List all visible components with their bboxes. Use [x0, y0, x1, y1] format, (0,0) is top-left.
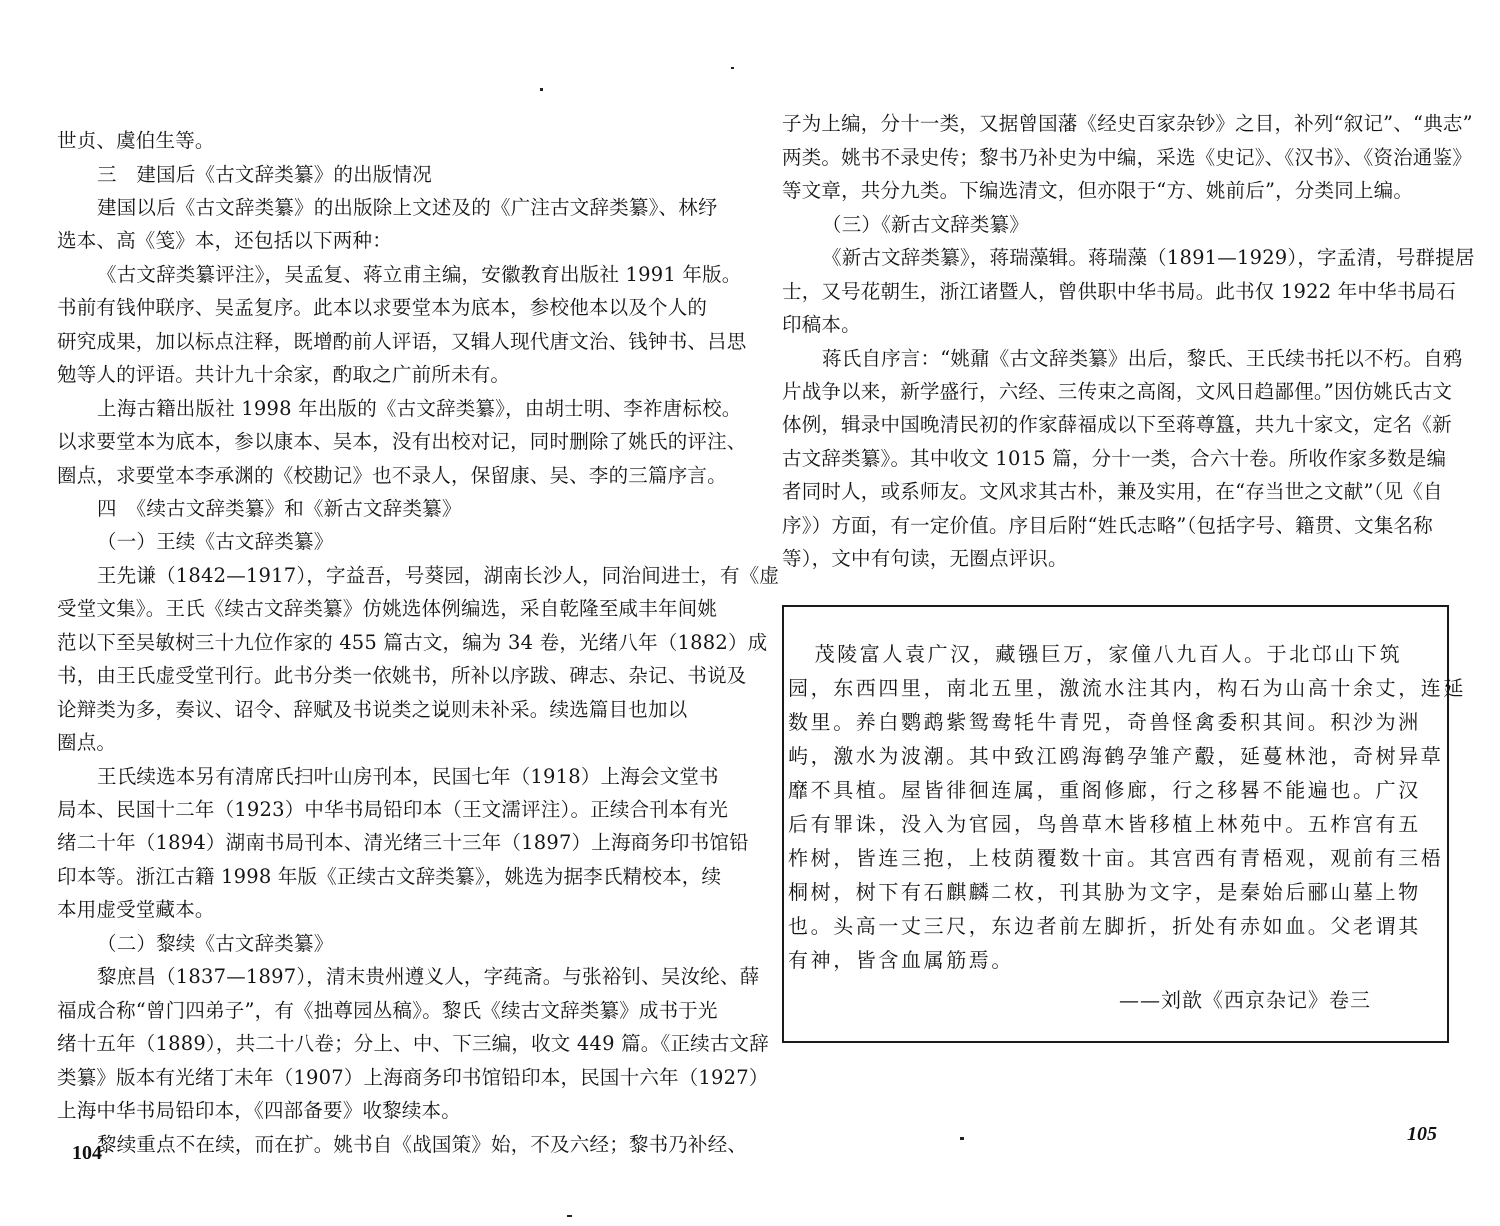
text-line: 选本、高《笺》本，还包括以下两种： — [57, 230, 392, 252]
text-line: 王先谦（1842—1917），字益吾，号葵园，湖南长沙人，同治间进士，有《虚 — [57, 565, 779, 587]
text-line: 建国以后《古文辞类纂》的出版除上文述及的《广注古文辞类纂》、林纾 — [57, 197, 718, 219]
text-line: 子为上编，分十一类，又据曾国藩《经史百家杂钞》之目，补列“叙记”、“典志” — [782, 113, 1473, 135]
text-line: 黎续重点不在续，而在扩。姚书自《战国策》始，不及六经；黎书乃补经、 — [57, 1134, 747, 1156]
text-line: 体例，辑录中国晚清民初的作家薛福成以下至蒋尊簋，共九十家文，定名《新 — [782, 414, 1452, 436]
text-line: 局本、民国十二年（1923）中华书局铅印本（王文濡评注）。正续合刊本有光 — [57, 799, 728, 821]
section-heading: 四 《续古文辞类纂》和《新古文辞类纂》 — [57, 498, 462, 520]
text-line: 上海古籍出版社 1998 年出版的《古文辞类纂》，由胡士明、李祚唐标校。 — [57, 398, 741, 420]
text-line: 士，又号花朝生，浙江诸暨人，曾供职中华书局。此书仅 1922 年中华书局石 — [782, 281, 1456, 303]
text-line: 书，由王氏虚受堂刊行。此书分类一依姚书，所补以序跋、碑志、杂记、书说及 — [57, 665, 747, 687]
text-line: 绪二十年（1894）湖南书局刊本、清光绪三十三年（1897）上海商务印书馆铅 — [57, 832, 749, 854]
subsection-heading: （一）王续《古文辞类纂》 — [57, 531, 333, 553]
text-line: 类纂》版本有光绪丁未年（1907）上海商务印书馆铅印本，民国十六年（1927） — [57, 1067, 769, 1089]
quote-line: 桐树，树下有石麒麟二枚，刊其胁为文字，是秦始后郦山墓上物 — [788, 880, 1421, 904]
scan-speck — [540, 88, 543, 91]
text-line: 等文章，共分九类。下编选清文，但亦限于“方、姚前后”，分类同上编。 — [782, 180, 1413, 202]
section-heading: 三 建国后《古文辞类纂》的出版情况 — [57, 164, 432, 186]
text-line: 圈点，求要堂本李承渊的《校勘记》也不录人，保留康、吴、李的三篇序言。 — [57, 465, 727, 487]
text-line: 圈点。 — [57, 732, 116, 754]
quote-attribution: ——刘歆《西京杂记》卷三 — [1119, 988, 1371, 1012]
page-number-right: 105 — [1407, 1123, 1437, 1146]
text-line: 勉等人的评语。共计九十余家，酌取之广前所未有。 — [57, 364, 510, 386]
text-line: 者同时人，或系师友。文风求其古朴，兼及实用，在“存当世之文献”（见《自 — [782, 481, 1443, 503]
text-line: 蒋氏自序言：“姚鼐《古文辞类纂》出后，黎氏、王氏续书托以不朽。自鸦 — [782, 348, 1463, 370]
quote-line: 有神，皆含血属筋焉。 — [788, 948, 1014, 972]
scan-speck — [567, 1215, 572, 1217]
text-line: 印稿本。 — [782, 314, 861, 336]
quote-line: 也。头高一丈三尺，东边者前左脚折，折处有赤如血。父老谓其 — [788, 914, 1421, 938]
text-line: 本用虚受堂藏本。 — [57, 899, 215, 921]
quote-line: 茂陵富人袁广汉，藏镪巨万，家僮八九百人。于北邙山下筑 — [792, 642, 1402, 666]
text-line: 《新古文辞类纂》，蒋瑞藻辑。蒋瑞藻（1891—1929），字孟清，号群提居 — [782, 247, 1475, 269]
scan-speck — [731, 67, 734, 69]
text-line: 上海中华书局铅印本，《四部备要》收黎续本。 — [57, 1100, 461, 1122]
quote-line: 园，东西四里，南北五里，激流水注其内，构石为山高十余丈，连延 — [788, 676, 1466, 700]
quote-line: 屿，激水为波潮。其中致江鸥海鹤孕雏产鷇，延蔓林池，奇树异草 — [788, 744, 1443, 768]
quotation-box: 茂陵富人袁广汉，藏镪巨万，家僮八九百人。于北邙山下筑 园，东西四里，南北五里，激… — [782, 605, 1449, 1043]
text-line: 福成合称“曾门四弟子”，有《拙尊园丛稿》。黎氏《续古文辞类纂》成书于光 — [57, 1000, 718, 1022]
text-line: 王氏续选本另有清席氏扫叶山房刊本，民国七年（1918）上海会文堂书 — [57, 766, 719, 788]
text-line: 《古文辞类纂评注》，吴孟复、蒋立甫主编，安徽教育出版社 1991 年版。 — [57, 264, 741, 286]
text-line: 论辩类为多，奏议、诏令、辞赋及书说类之说则未补采。续选篇目也加以 — [57, 699, 687, 721]
text-line: 世贞、虞伯生等。 — [57, 130, 215, 152]
text-line: 受堂文集》。王氏《续古文辞类纂》仿姚选体例编选，采自乾隆至咸丰年间姚 — [57, 598, 717, 620]
quote-line: 靡不具植。屋皆徘徊连属，重阁修廊，行之移晷不能遍也。广汉 — [788, 778, 1421, 802]
text-line: 等），文中有句读，无圈点评识。 — [782, 548, 1068, 570]
subsection-heading: （二）黎续《古文辞类纂》 — [57, 933, 333, 955]
quote-line: 数里。养白鹦鹉紫鸳鸯牦牛青兕，奇兽怪禽委积其间。积沙为洲 — [788, 710, 1421, 734]
page-number-left: 104 — [72, 1142, 102, 1165]
scan-speck — [960, 1137, 964, 1140]
quote-line: 后有罪诛，没入为官园，鸟兽草木皆移植上林苑中。五柞宫有五 — [788, 812, 1421, 836]
text-line: 书前有钱仲联序、吴孟复序。此本以求要堂本为底本，参校他本以及个人的 — [57, 297, 707, 319]
quote-line: 柞树，皆连三抱，上枝荫覆数十亩。其宫西有青梧观，观前有三梧 — [788, 846, 1443, 870]
text-line: 两类。姚书不录史传；黎书乃补史为中编，采选《史记》、《汉书》、《资治通鉴》 — [782, 147, 1472, 169]
text-line: 范以下至吴敏树三十九位作家的 455 篇古文，编为 34 卷，光绪八年（1882… — [57, 632, 767, 654]
text-line: 绪十五年（1889），共二十八卷；分上、中、下三编，收文 449 篇。《正续古文… — [57, 1033, 769, 1055]
text-line: 以求要堂本为底本，参以康本、吴本，没有出校对记，同时删除了姚氏的评注、 — [57, 431, 747, 453]
text-line: 研究成果，加以标点注释，既增酌前人评语，又辑人现代唐文治、钱钟书、吕思 — [57, 331, 747, 353]
subsection-heading: （三）《新古文辞类纂》 — [782, 214, 1029, 236]
text-line: 片战争以来，新学盛行，六经、三传束之高阁，文风日趋鄙俚。”因仿姚氏古文 — [782, 381, 1452, 403]
text-line: 黎庶昌（1837—1897），清末贵州遵义人，字莼斋。与张裕钊、吴汝纶、薛 — [57, 966, 759, 988]
text-line: 印本等。浙江古籍 1998 年版《正续古文辞类纂》，姚选为据李氏精校本，续 — [57, 866, 721, 888]
text-line: 序》）方面，有一定价值。序目后附“姓氏志略”（包括字号、籍贯、文集名称 — [782, 515, 1433, 537]
text-line: 古文辞类纂》。其中收文 1015 篇，分十一类，合六十卷。所收作家多数是编 — [782, 448, 1446, 470]
